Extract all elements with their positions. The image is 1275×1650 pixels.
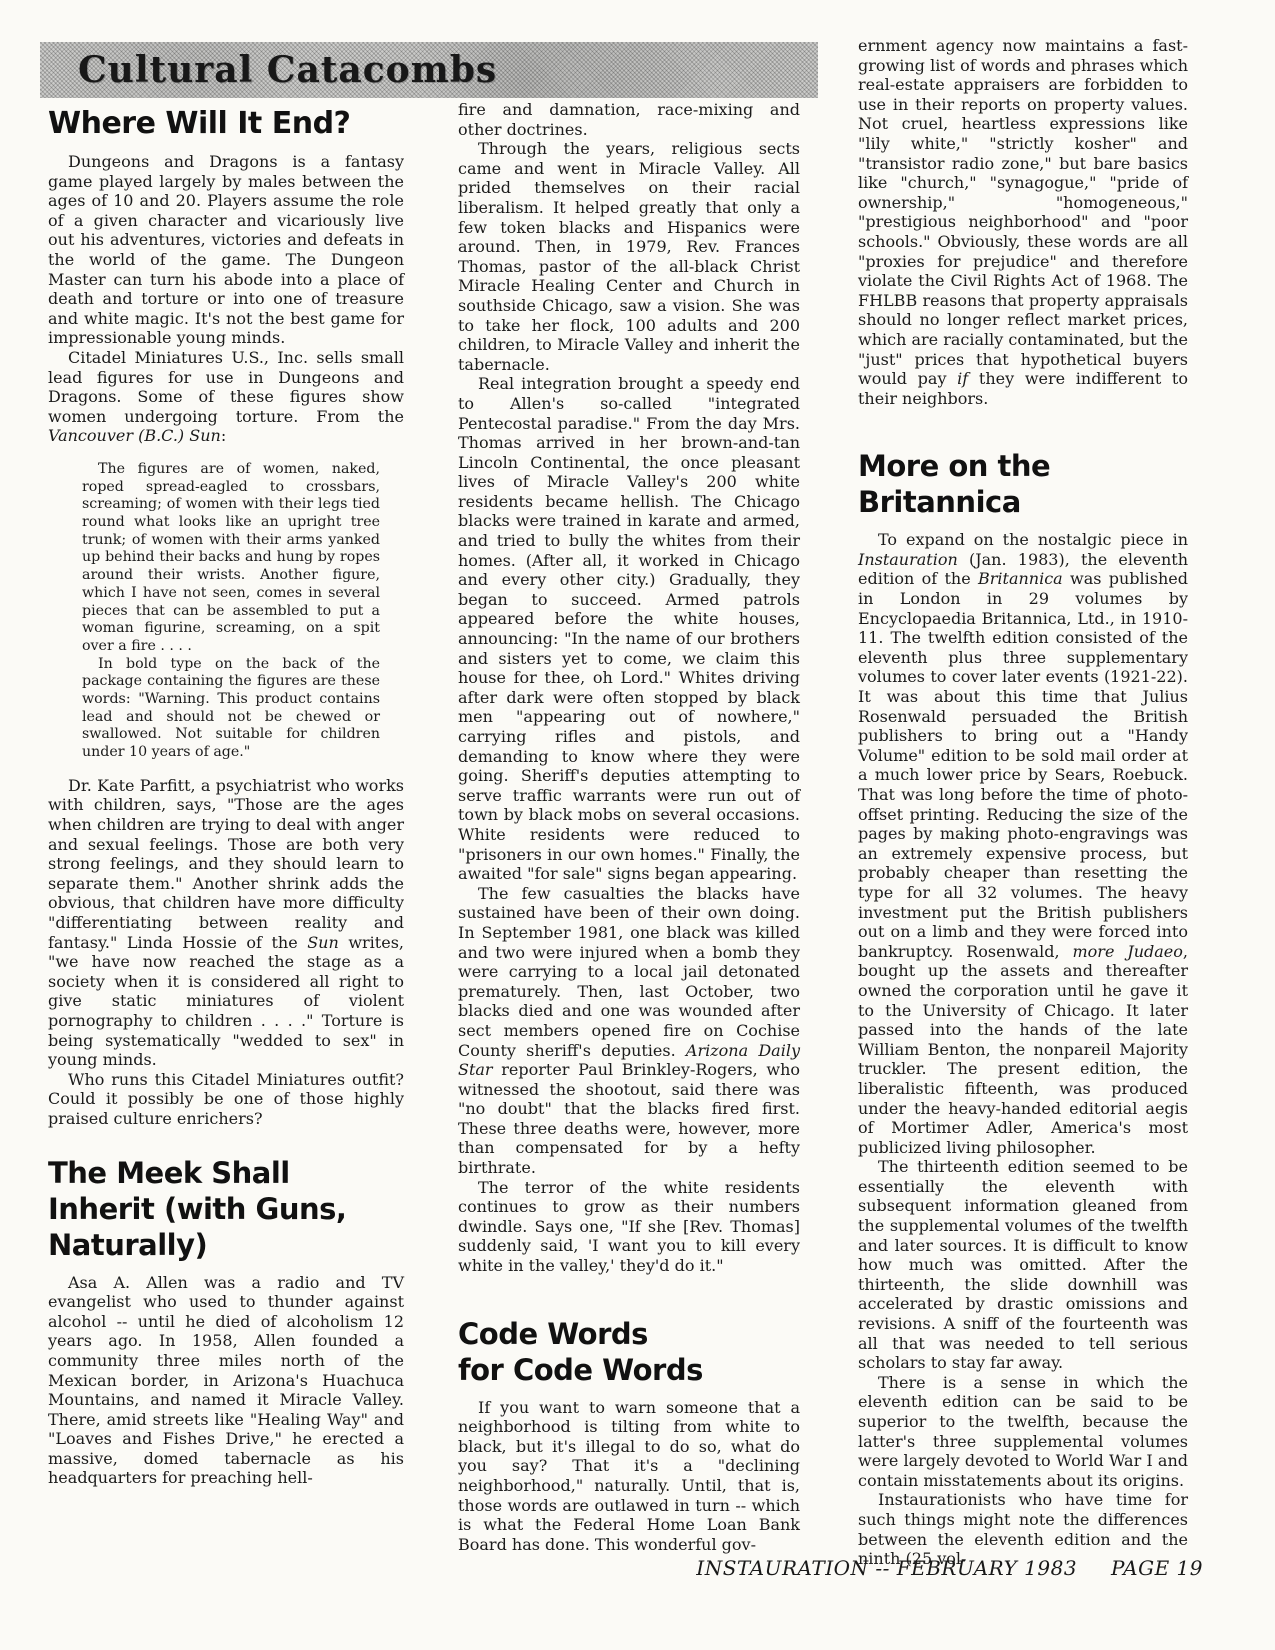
block-quote: The figures are of women, naked, roped s…	[48, 461, 404, 762]
paragraph: ernment agency now maintains a fast-grow…	[858, 36, 1188, 408]
article-title-code-words: Code Words for Code Words	[458, 1316, 800, 1388]
footer-magazine-date: INSTAURATION -- FEBRUARY 1983	[696, 1556, 1077, 1580]
column-2: fire and damnation, race-mixing and othe…	[458, 100, 800, 1554]
column-1: Where Will It End? Dungeons and Dragons …	[48, 106, 404, 1488]
section-banner-title: Cultural Catacombs	[40, 49, 497, 91]
paragraph: There is a sense in which the eleventh e…	[858, 1373, 1188, 1491]
paragraph: The terror of the white residents contin…	[458, 1178, 800, 1276]
paragraph: Through the years, religious sects came …	[458, 139, 800, 374]
paragraph: Dungeons and Dragons is a fantasy game p…	[48, 152, 404, 348]
article-title-meek-shall-inherit: The Meek Shall Inherit (with Guns, Natur…	[48, 1155, 404, 1263]
paragraph: If you want to warn someone that a neigh…	[458, 1398, 800, 1555]
paragraph: Dr. Kate Parfitt, a psychiatrist who wor…	[48, 776, 404, 1070]
column-3: ernment agency now maintains a fast-grow…	[858, 36, 1188, 1569]
footer-page-number: PAGE 19	[1111, 1556, 1203, 1580]
paragraph: To expand on the nostalgic piece in Inst…	[858, 530, 1188, 1157]
paragraph: Citadel Miniatures U.S., Inc. sells smal…	[48, 348, 404, 446]
article-title-more-on-britannica: More on the Britannica	[858, 448, 1188, 520]
quote-paragraph: The figures are of women, naked, roped s…	[82, 461, 380, 656]
article-title-where-will-it-end: Where Will It End?	[48, 106, 404, 142]
paragraph: Asa A. Allen was a radio and TV evangeli…	[48, 1273, 404, 1489]
paragraph: Real integration brought a speedy end to…	[458, 374, 800, 883]
paragraph: The thirteenth edition seemed to be esse…	[858, 1157, 1188, 1373]
page-footer: INSTAURATION -- FEBRUARY 1983 PAGE 19	[696, 1556, 1203, 1580]
section-banner: Cultural Catacombs	[40, 42, 818, 98]
paragraph: fire and damnation, race-mixing and othe…	[458, 100, 800, 139]
paragraph: Who runs this Citadel Miniatures outfit?…	[48, 1070, 404, 1129]
paragraph: The few casualties the blacks have susta…	[458, 884, 800, 1178]
quote-paragraph: In bold type on the back of the package …	[82, 656, 380, 762]
